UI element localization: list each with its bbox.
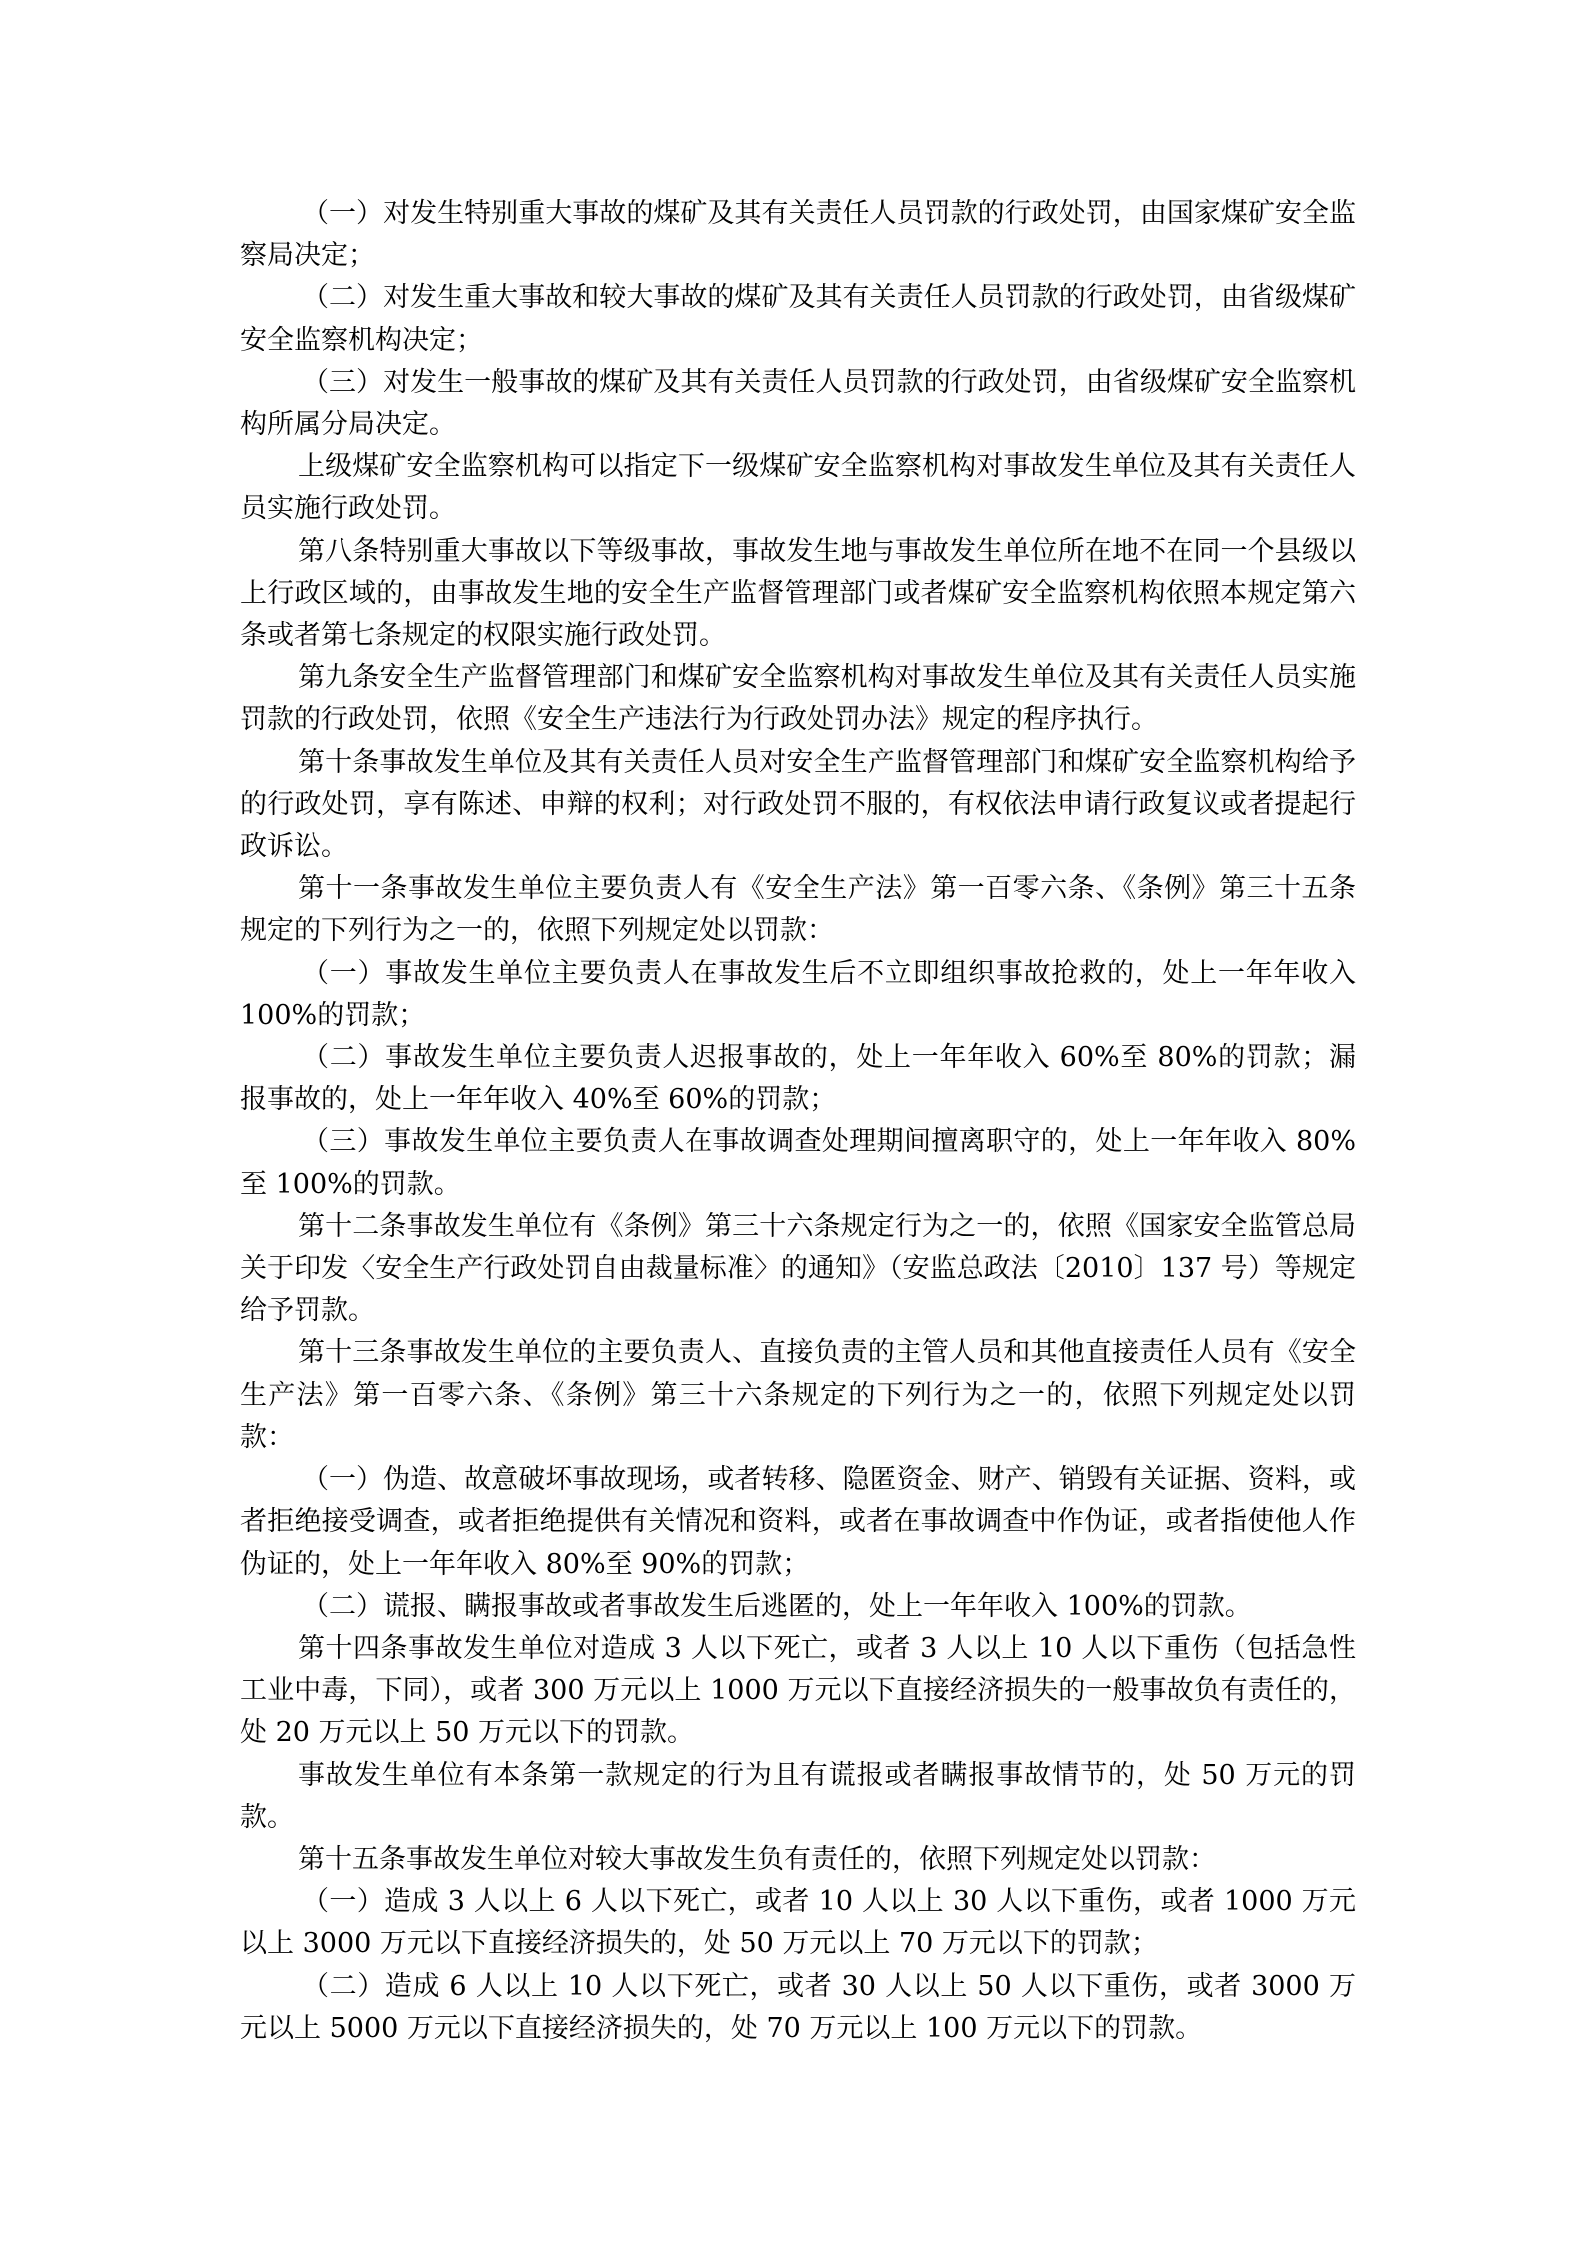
paragraph-article-15: 第十五条事故发生单位对较大事故发生负有责任的，依照下列规定处以罚款： — [240, 1839, 1356, 1881]
paragraph-article-11-item-1: （一）事故发生单位主要负责人在事故发生后不立即组织事故抢救的，处上一年年收入10… — [240, 953, 1356, 1037]
paragraph-superior-designation: 上级煤矿安全监察机构可以指定下一级煤矿安全监察机构对事故发生单位及其有关责任人员… — [240, 446, 1356, 530]
paragraph-article-9: 第九条安全生产监督管理部门和煤矿安全监察机构对事故发生单位及其有关责任人员实施罚… — [240, 657, 1356, 741]
paragraph-article-11-item-2: （二）事故发生单位主要负责人迟报事故的，处上一年年收入 60%至 80%的罚款；… — [240, 1037, 1356, 1121]
paragraph-clause-3-branch: （三）对发生一般事故的煤矿及其有关责任人员罚款的行政处罚，由省级煤矿安全监察机构… — [240, 362, 1356, 446]
paragraph-article-11: 第十一条事故发生单位主要负责人有《安全生产法》第一百零六条、《条例》第三十五条规… — [240, 868, 1356, 952]
paragraph-clause-2-provincial: （二）对发生重大事故和较大事故的煤矿及其有关责任人员罚款的行政处罚，由省级煤矿安… — [240, 277, 1356, 361]
paragraph-clause-1-national: （一）对发生特别重大事故的煤矿及其有关责任人员罚款的行政处罚，由国家煤矿安全监察… — [240, 193, 1356, 277]
paragraph-article-15-item-1: （一）造成 3 人以上 6 人以下死亡，或者 10 人以上 30 人以下重伤，或… — [240, 1881, 1356, 1965]
paragraph-article-14-clause-2: 事故发生单位有本条第一款规定的行为且有谎报或者瞒报事故情节的，处 50 万元的罚… — [240, 1755, 1356, 1839]
document-page: （一）对发生特别重大事故的煤矿及其有关责任人员罚款的行政处罚，由国家煤矿安全监察… — [240, 193, 1356, 2050]
paragraph-article-13-item-1: （一）伪造、故意破坏事故现场，或者转移、隐匿资金、财产、销毁有关证据、资料，或者… — [240, 1459, 1356, 1586]
paragraph-article-10: 第十条事故发生单位及其有关责任人员对安全生产监督管理部门和煤矿安全监察机构给予的… — [240, 742, 1356, 869]
paragraph-article-15-item-2: （二）造成 6 人以上 10 人以下死亡，或者 30 人以上 50 人以下重伤，… — [240, 1966, 1356, 2050]
paragraph-article-8: 第八条特别重大事故以下等级事故，事故发生地与事故发生单位所在地不在同一个县级以上… — [240, 531, 1356, 658]
paragraph-article-12: 第十二条事故发生单位有《条例》第三十六条规定行为之一的，依照《国家安全监管总局关… — [240, 1206, 1356, 1333]
paragraph-article-13: 第十三条事故发生单位的主要负责人、直接负责的主管人员和其他直接责任人员有《安全生… — [240, 1332, 1356, 1459]
paragraph-article-13-item-2: （二）谎报、瞒报事故或者事故发生后逃匿的，处上一年年收入 100%的罚款。 — [240, 1586, 1356, 1628]
paragraph-article-14: 第十四条事故发生单位对造成 3 人以下死亡，或者 3 人以上 10 人以下重伤（… — [240, 1628, 1356, 1755]
paragraph-article-11-item-3: （三）事故发生单位主要负责人在事故调查处理期间擅离职守的，处上一年年收入 80%… — [240, 1121, 1356, 1205]
